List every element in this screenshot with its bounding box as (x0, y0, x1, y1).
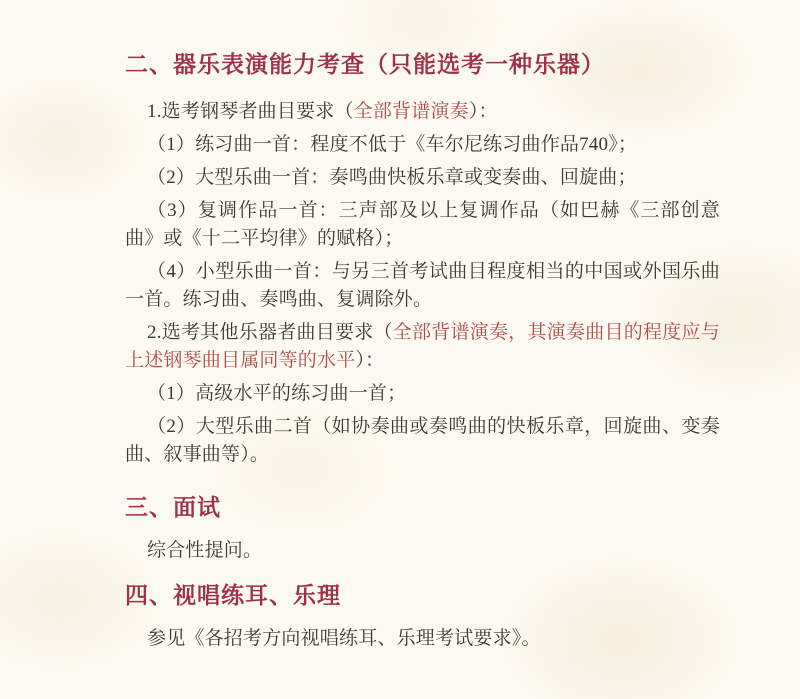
section-4-body: 参见《各招考方向视唱练耳、乐理考试要求》。 (125, 625, 720, 653)
section-4-heading: 四、视唱练耳、乐理 (125, 581, 720, 609)
piano-intro-suffix: ）： (469, 101, 498, 122)
other-intro-suffix: ）： (355, 350, 384, 371)
other-instruments-intro: 2.选考其他乐器者曲目要求（全部背谱演奏，其演奏曲目的程度应与上述钢琴曲目属同等… (125, 319, 720, 375)
section-2-heading: 二、器乐表演能力考查（只能选考一种乐器） (125, 50, 720, 78)
piano-requirement-item-4: （4）小型乐曲一首：与另三首考试曲目程度相当的中国或外国乐曲一首。练习曲、奏鸣曲… (125, 258, 720, 314)
piano-requirement-item-3: （3）复调作品一首：三声部及以上复调作品（如巴赫《三部创意曲》或《十二平均律》的… (125, 197, 720, 253)
other-intro-prefix: 2.选考其他乐器者曲目要求（ (147, 322, 393, 343)
piano-requirement-item-1: （1）练习曲一首：程度不低于《车尔尼练习曲作品740》； (125, 131, 720, 159)
piano-requirement-item-2: （2）大型乐曲一首：奏鸣曲快板乐章或变奏曲、回旋曲； (125, 164, 720, 192)
section-3-body: 综合性提问。 (125, 537, 720, 565)
section-3-heading: 三、面试 (125, 493, 720, 521)
document-page: 二、器乐表演能力考查（只能选考一种乐器） 1.选考钢琴者曲目要求（全部背谱演奏）… (0, 0, 800, 699)
other-requirement-item-1: （1）高级水平的练习曲一首； (125, 380, 720, 408)
piano-intro-highlight: 全部背谱演奏 (354, 101, 469, 122)
piano-intro-prefix: 1.选考钢琴者曲目要求（ (147, 101, 354, 122)
other-requirement-item-2: （2）大型乐曲二首（如协奏曲或奏鸣曲的快板乐章，回旋曲、变奏曲、叙事曲等）。 (125, 413, 720, 469)
piano-requirements-intro: 1.选考钢琴者曲目要求（全部背谱演奏）： (125, 98, 720, 126)
